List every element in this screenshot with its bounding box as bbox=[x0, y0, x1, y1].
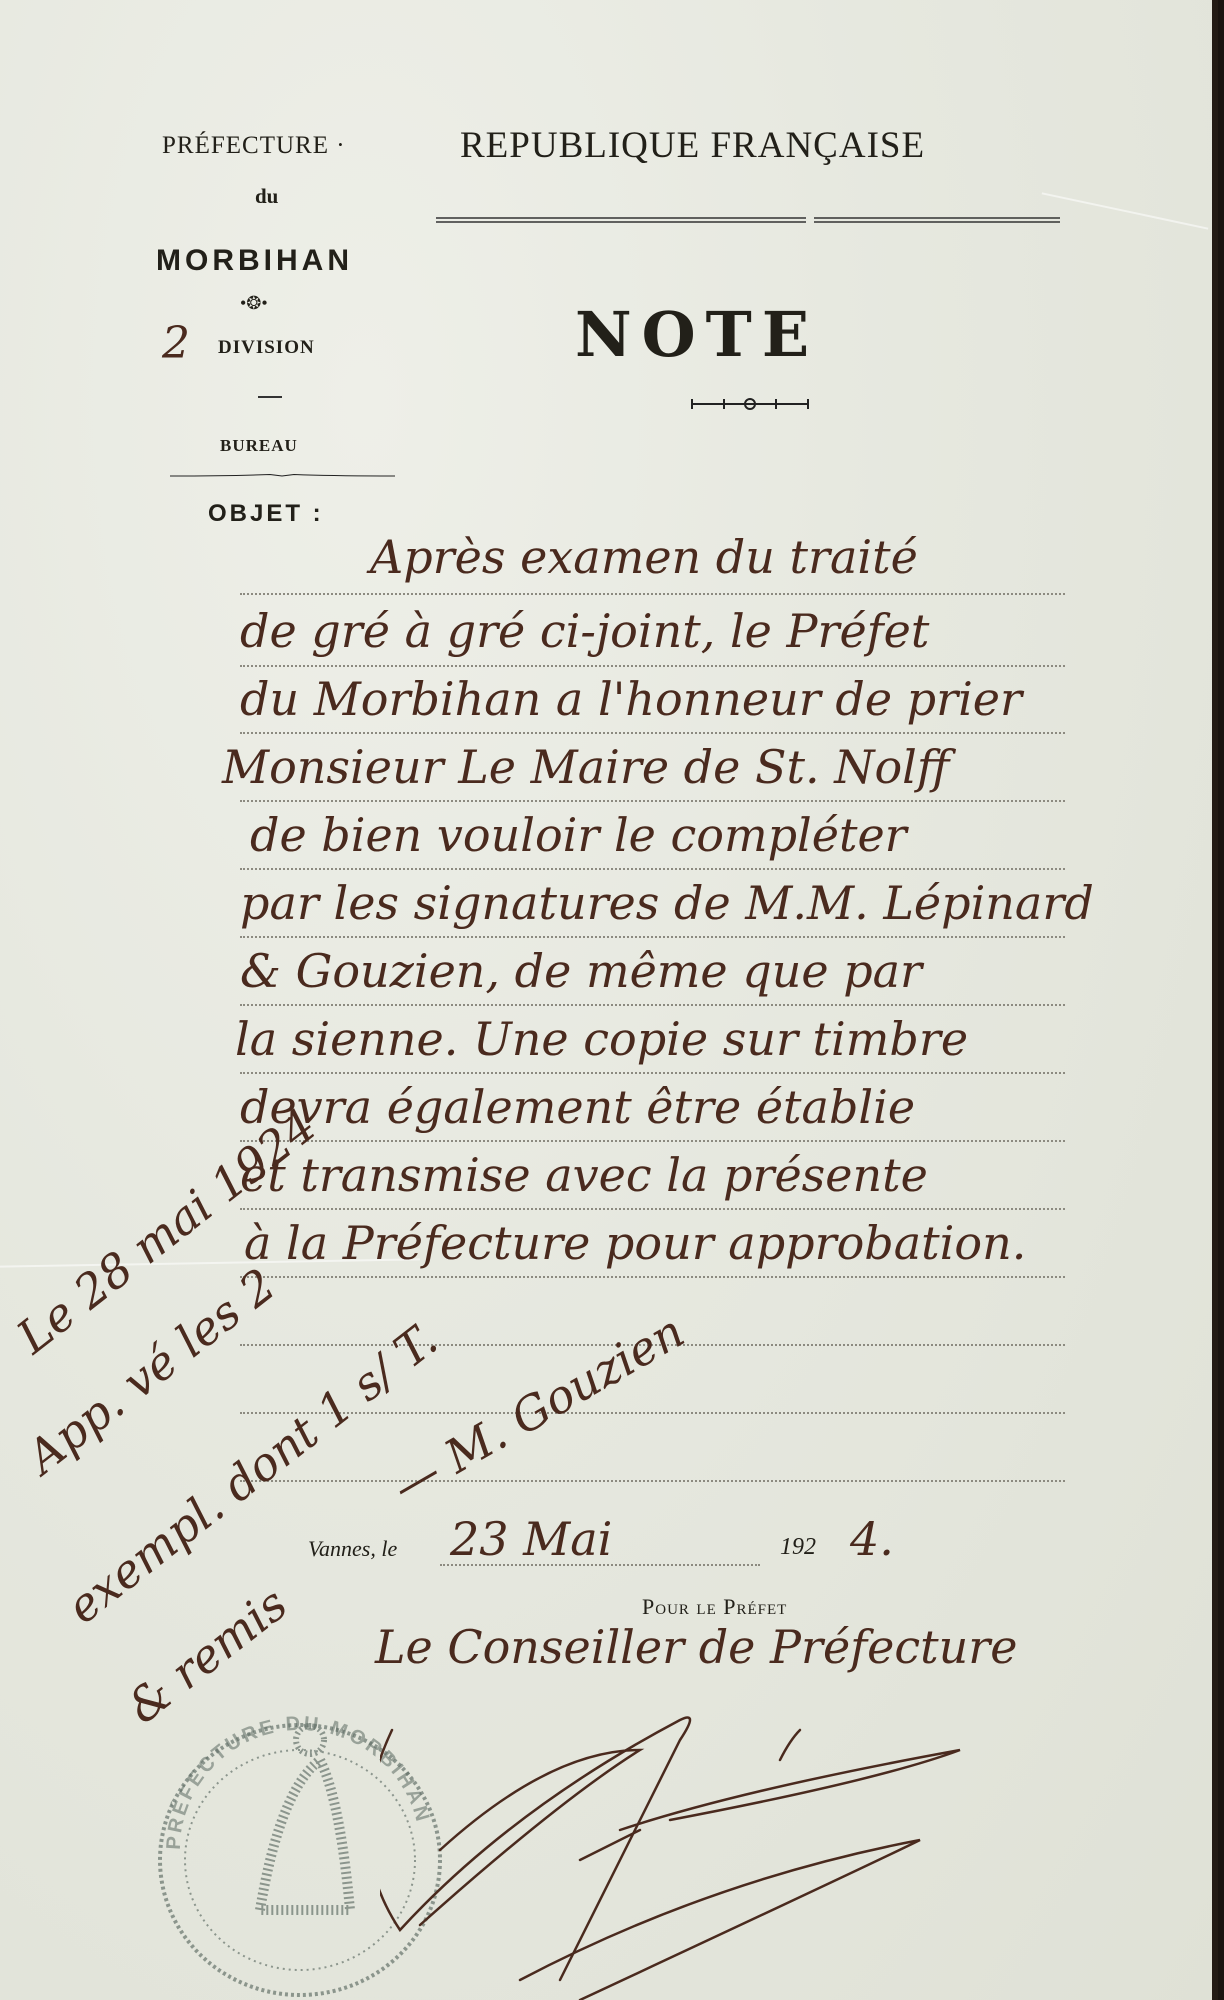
department-name: MORBIHAN bbox=[156, 244, 353, 278]
body-line: Monsieur Le Maire de St. Nolff bbox=[222, 740, 949, 794]
ruled-line bbox=[240, 1140, 1065, 1142]
ruled-line bbox=[240, 1208, 1065, 1210]
document-title: NOTE bbox=[575, 298, 819, 371]
ruled-line bbox=[240, 1480, 1065, 1482]
republic-heading: REPUBLIQUE FRANÇAISE bbox=[460, 124, 925, 167]
objet-label: OBJET : bbox=[208, 500, 324, 528]
body-line: du Morbihan a l'honneur de prier bbox=[240, 672, 1022, 726]
paper-crease bbox=[1042, 192, 1209, 229]
pour-le-prefet-label: Pour le Préfet bbox=[642, 1594, 787, 1620]
body-line: de bien vouloir le compléter bbox=[250, 808, 907, 862]
bureau-rule bbox=[170, 474, 395, 477]
bureau-label: BUREAU bbox=[220, 436, 298, 456]
division-number: 2 bbox=[162, 318, 190, 369]
du-label: du bbox=[255, 184, 278, 209]
year-handwritten: 4. bbox=[850, 1512, 894, 1566]
page-edge bbox=[1212, 0, 1218, 2000]
double-rule bbox=[436, 216, 1060, 224]
divider bbox=[258, 396, 282, 398]
ruled-line bbox=[240, 936, 1065, 938]
ornament-icon: •❂• bbox=[240, 293, 268, 314]
division-label: DIVISION bbox=[218, 337, 315, 359]
year-printed: 192 bbox=[780, 1534, 816, 1561]
body-line: par les signatures de M.M. Lépinard bbox=[240, 876, 1094, 930]
place-label: Vannes, le bbox=[308, 1536, 397, 1562]
body-line: devra également être établie bbox=[240, 1080, 915, 1134]
ruled-line bbox=[240, 665, 1065, 667]
ruled-line bbox=[240, 868, 1065, 870]
body-line: Après examen du traité bbox=[370, 530, 918, 584]
date-day-month: 23 Mai bbox=[450, 1512, 612, 1566]
ruled-line bbox=[240, 1276, 1065, 1278]
document-page: PRÉFECTURE · du MORBIHAN •❂• 2 DIVISION … bbox=[0, 0, 1218, 2000]
title-ornament-icon bbox=[690, 396, 810, 412]
prefecture-label: PRÉFECTURE · bbox=[162, 132, 346, 160]
signature-flourish bbox=[380, 1680, 1200, 2000]
body-line: & Gouzien, de même que par bbox=[240, 944, 922, 998]
ruled-line bbox=[240, 1072, 1065, 1074]
body-line: à la Préfecture pour approbation. bbox=[244, 1216, 1026, 1270]
body-line: de gré à gré ci-joint, le Préfet bbox=[240, 604, 929, 658]
ruled-line bbox=[240, 800, 1065, 802]
ruled-line bbox=[240, 593, 1065, 595]
body-line: et transmise avec la présente bbox=[240, 1148, 928, 1202]
signatory-title: Le Conseiller de Préfecture bbox=[375, 1620, 1018, 1674]
ruled-line bbox=[240, 1004, 1065, 1006]
ruled-line bbox=[240, 732, 1065, 734]
body-line: la sienne. Une copie sur timbre bbox=[235, 1012, 968, 1066]
